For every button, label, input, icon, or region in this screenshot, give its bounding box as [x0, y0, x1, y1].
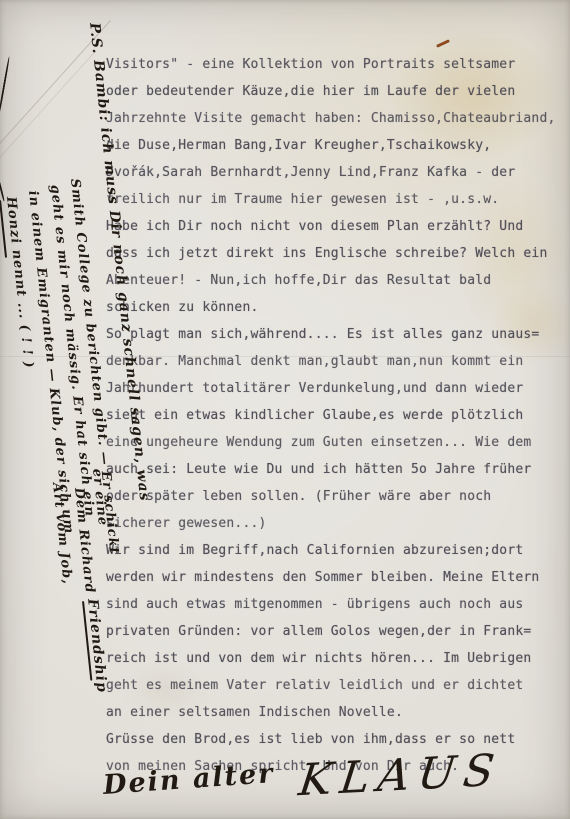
typed-line: dass ich jetzt direkt ins Englische schr…: [106, 240, 566, 267]
typed-line: Jahrzehnte Visite gemacht haben: Chamiss…: [106, 105, 566, 132]
typed-line: Habe ich Dir noch nicht von diesem Plan …: [106, 213, 566, 240]
typed-line: So plagt man sich,während.... Es ist all…: [106, 321, 566, 348]
typed-line: Visitors" - eine Kollektion von Portrait…: [106, 51, 566, 78]
typed-line: eine ungeheure Wendung zum Guten einsetz…: [106, 429, 566, 456]
typed-line: sind auch etwas mitgenommen - übrigens a…: [106, 591, 566, 618]
typed-line: Wir sind im Begriff,nach Californien abz…: [106, 537, 566, 564]
typed-line: geht es meinem Vater relativ leidlich un…: [106, 672, 566, 699]
typed-line: privaten Gründen: vor allem Golos wegen,…: [106, 618, 566, 645]
typed-line: die Duse,Herman Bang,Ivar Kreugher,Tscha…: [106, 132, 566, 159]
typed-line: auch sei: Leute wie Du und ich hätten 5o…: [106, 456, 566, 483]
typed-line: Jahrhundert totalitärer Verdunkelung,und…: [106, 375, 566, 402]
typed-line: an einer seltsamen Indischen Novelle.: [106, 699, 566, 726]
typed-line: Dvořák,Sarah Bernhardt,Jenny Lind,Franz …: [106, 159, 566, 186]
letter-page: Visitors" - eine Kollektion von Portrait…: [0, 0, 570, 819]
typed-text-block: Visitors" - eine Kollektion von Portrait…: [106, 51, 566, 780]
rust-speck: [436, 39, 450, 48]
signature-name-handwritten: KLAUS: [296, 745, 505, 806]
typed-line: freilich nur im Traume hier gewesen ist …: [106, 186, 566, 213]
typed-line: Abenteuer! - Nun,ich hoffe,Dir das Resul…: [106, 267, 566, 294]
typed-line: reich ist und von dem wir nichts hören..…: [106, 645, 566, 672]
typed-line: oder später leben sollen. (Früher wäre a…: [106, 483, 566, 510]
typed-line: sicherer gewesen...): [106, 510, 566, 537]
typed-line: oder bedeutender Käuze,die hier im Laufe…: [106, 78, 566, 105]
typed-line: werden wir mindestens den Sommer bleiben…: [106, 564, 566, 591]
typed-line: denkbar. Manchmal denkt man,glaubt man,n…: [106, 348, 566, 375]
ink-squiggle-left-edge: [0, 56, 10, 115]
typed-line: siegt ein etwas kindlicher Glaube,es wer…: [106, 402, 566, 429]
typed-line: schicken zu können.: [106, 294, 566, 321]
crease-top-left-2: [0, 51, 96, 163]
